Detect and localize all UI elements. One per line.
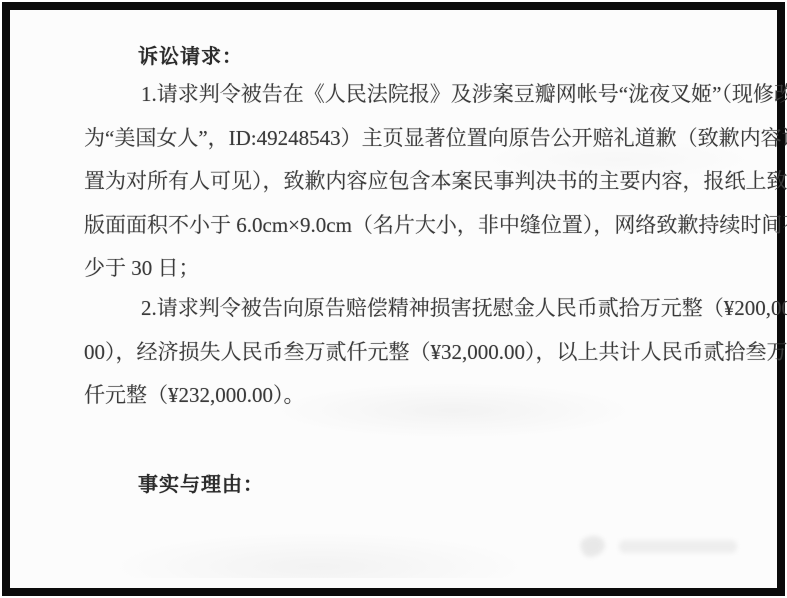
- claims-paragraph-2: 2.请求判令被告向原告赔偿精神损害抚慰金人民币贰拾万元整（¥200,000. 0…: [84, 287, 781, 418]
- watermark-logo-icon: [578, 533, 607, 559]
- claim-2-line-1: 2.请求判令被告向原告赔偿精神损害抚慰金人民币贰拾万元整（¥200,000.: [84, 287, 781, 331]
- claims-paragraph-1: 1.请求判令被告在《人民法院报》及涉案豆瓣网帐号“泷夜叉姬”（现修改 为“美国女…: [84, 73, 781, 291]
- claim-1-line-3: 置为对所有人可见），致歉内容应包含本案民事判决书的主要内容，报纸上致歉: [84, 160, 781, 204]
- claim-2-line-2: 00），经济损失人民币叁万贰仟元整（¥32,000.00），以上共计人民币贰拾叁…: [84, 331, 781, 375]
- document-page: 诉讼请求： 1.请求判令被告在《人民法院报》及涉案豆瓣网帐号“泷夜叉姬”（现修改…: [20, 20, 767, 578]
- claims-heading: 诉讼请求：: [138, 40, 243, 69]
- watermark-text-blur: [619, 540, 737, 553]
- photo-frame: 诉讼请求： 1.请求判令被告在《人民法院报》及涉案豆瓣网帐号“泷夜叉姬”（现修改…: [2, 2, 785, 596]
- claim-1-line-1: 1.请求判令被告在《人民法院报》及涉案豆瓣网帐号“泷夜叉姬”（现修改: [84, 73, 781, 117]
- facts-heading: 事实与理由：: [138, 468, 264, 497]
- photo-watermark: [581, 530, 741, 562]
- claim-1-line-5: 少于 30 日；: [84, 247, 781, 291]
- claim-1-line-2: 为“美国女人”，ID:49248543）主页显著位置向原告公开赔礼道歉（致歉内容…: [84, 117, 781, 161]
- claim-2-line-3: 仟元整（¥232,000.00）。: [84, 374, 781, 418]
- claim-1-line-4: 版面面积不小于 6.0cm×9.0cm（名片大小，非中缝位置），网络致歉持续时间…: [84, 204, 781, 248]
